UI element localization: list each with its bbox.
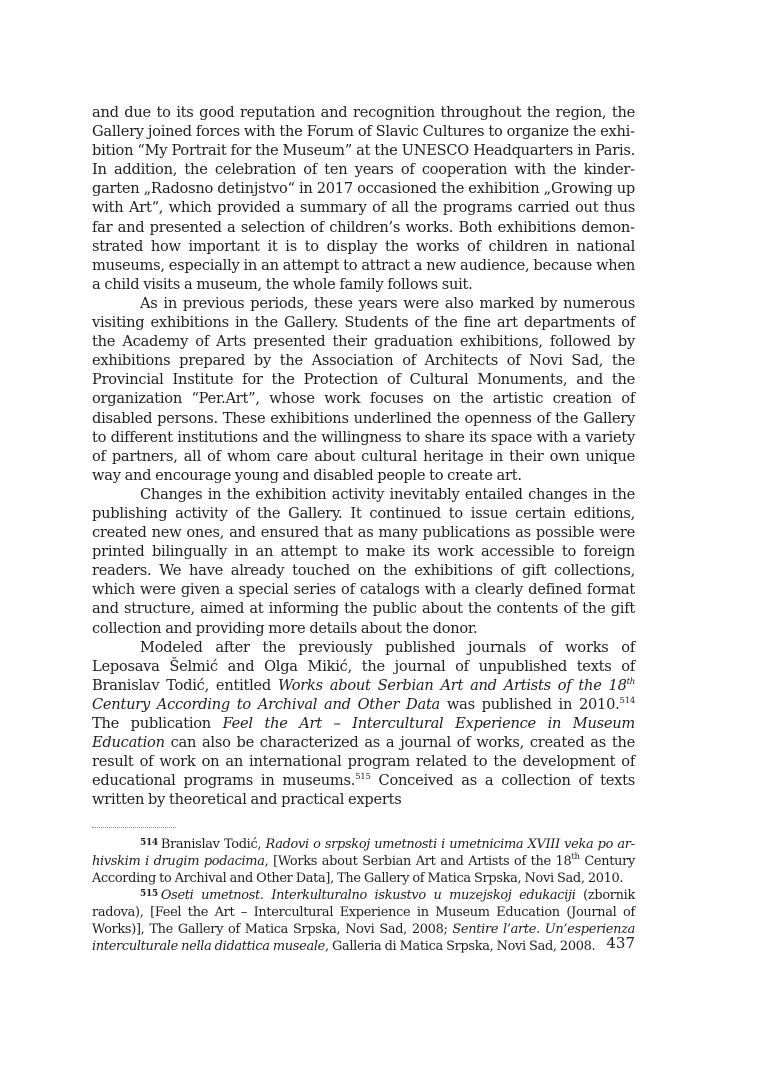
text-run: and due to its good reputation and recog…: [92, 104, 635, 293]
footnote-reference: th: [571, 852, 579, 862]
italic-title: Century According to Archival and Other …: [92, 696, 440, 713]
paragraph: and due to its good reputation and recog…: [92, 103, 635, 294]
text-run: The publication: [92, 715, 223, 732]
text-run: Branislav Todić,: [161, 837, 266, 852]
footnote-reference: 515: [355, 772, 370, 782]
italic-title: Works about Serbian Art and Artists of t…: [278, 677, 627, 694]
paragraph: Modeled after the previously published j…: [92, 638, 635, 810]
italic-title: Oseti umetnost. Interkulturalno iskustvo…: [161, 888, 576, 903]
footnote-reference: 514: [620, 696, 635, 706]
text-run: Changes in the exhibition activity inevi…: [92, 486, 635, 637]
text-run: , [Works about Serbian Art and Artists o…: [265, 854, 572, 869]
body-text: and due to its good reputation and recog…: [92, 103, 635, 809]
footnote-separator: [92, 827, 176, 828]
footnote-number: 514: [140, 838, 158, 848]
footnote: 514Branislav Todić, Radovi o srpskoj ume…: [92, 836, 635, 887]
text-run: was published in 2010.: [440, 696, 620, 713]
text-run: As in previous periods, these years were…: [92, 295, 635, 484]
document-page: and due to its good reputation and recog…: [92, 103, 635, 955]
paragraph: Changes in the exhibition activity inevi…: [92, 485, 635, 638]
superscript-ordinal: th: [627, 677, 635, 687]
page-number: 437: [92, 934, 635, 952]
footnote-number: 515: [140, 889, 158, 899]
paragraph: As in previous periods, these years were…: [92, 294, 635, 485]
